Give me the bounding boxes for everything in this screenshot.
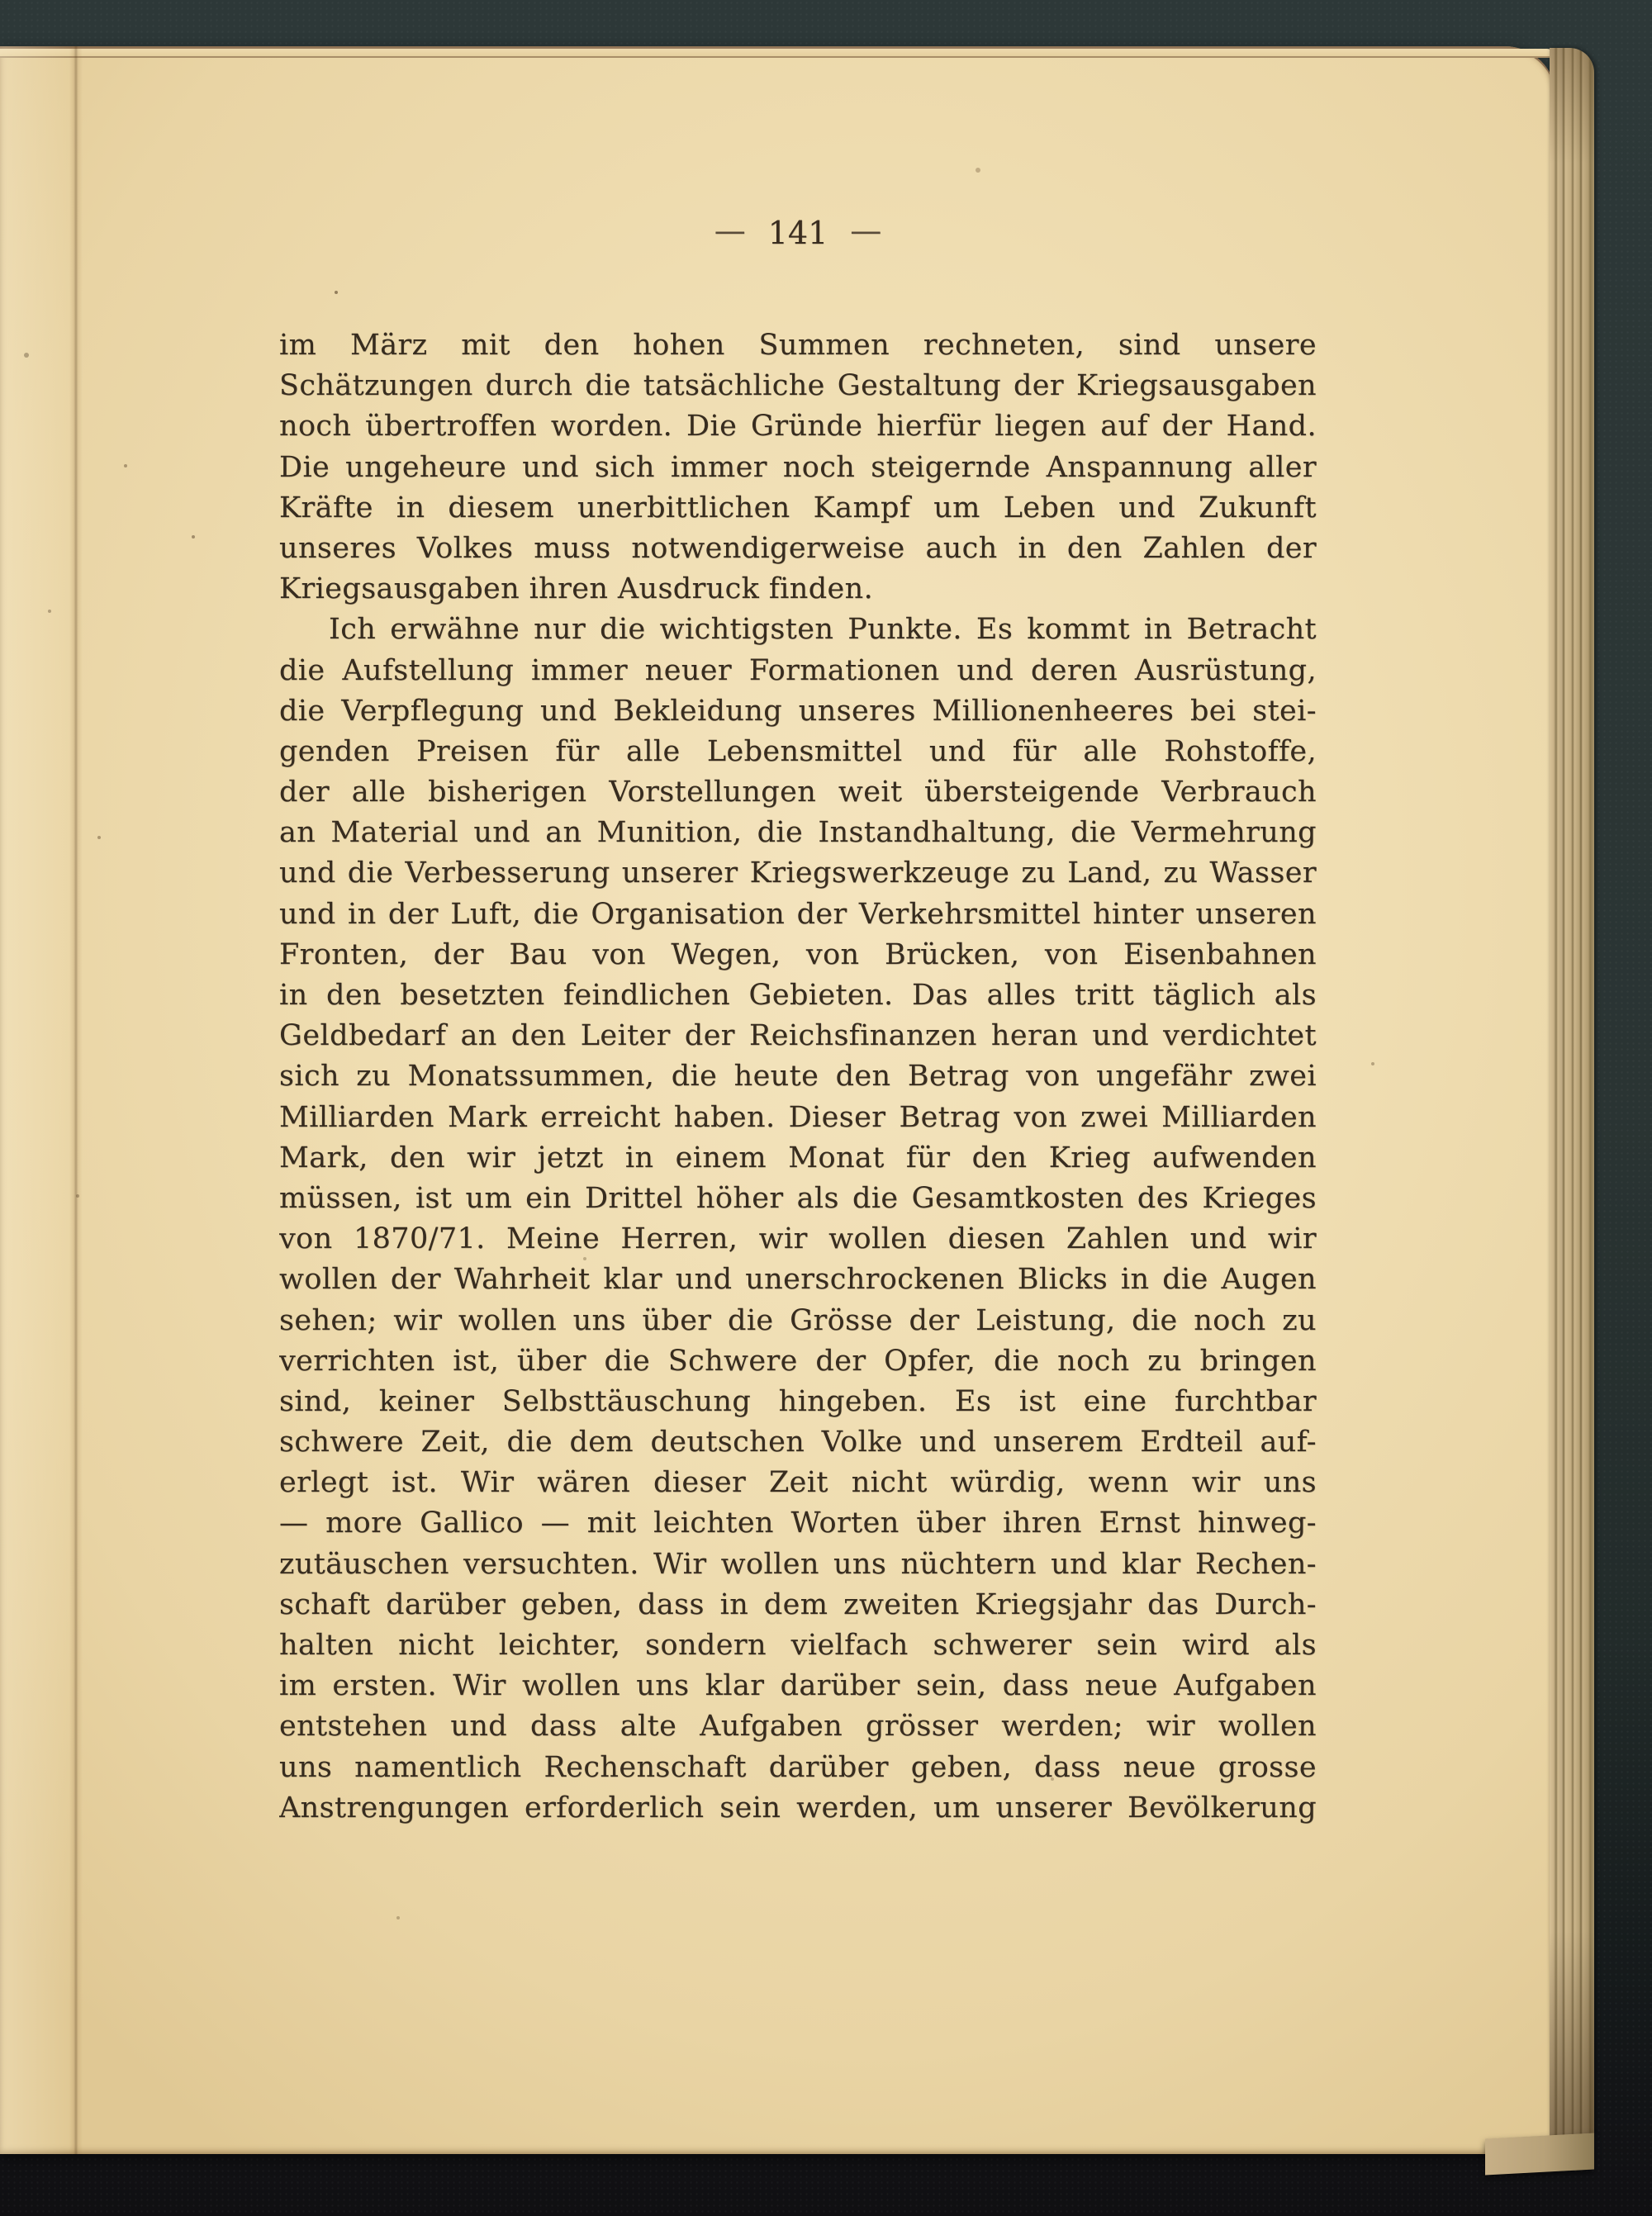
text-line: Ich erwähne nur die wichtigsten Punkte. …	[279, 610, 1317, 650]
page-number: 141	[768, 215, 828, 251]
text-line: Geldbedarf an den Leiter der Reichsfinan…	[279, 1016, 1317, 1056]
text-line: der alle bisherigen Vorstellungen weit ü…	[279, 772, 1317, 813]
text-line: genden Preisen für alle Lebensmittel und…	[279, 732, 1317, 772]
book-scan: —141— im März mit den hohen Summen rechn…	[0, 0, 1652, 2216]
text-line: und in der Luft, die Organisation der Ve…	[279, 894, 1317, 935]
paper-speckles	[0, 46, 3, 50]
text-line: im ersten. Wir wollen uns klar darüber s…	[279, 1666, 1317, 1706]
text-line: an Material und an Munition, die Instand…	[279, 813, 1317, 853]
header-dash-right: —	[850, 211, 881, 250]
text-line: schwere Zeit, die dem deutschen Volke un…	[279, 1422, 1317, 1463]
paragraph: Ich erwähne nur die wichtigsten Punkte. …	[279, 610, 1317, 1829]
text-line: Kräfte in diesem unerbittlichen Kampf um…	[279, 488, 1317, 529]
page-gutter-highlight	[0, 46, 71, 2154]
paragraph: im März mit den hohen Summen rechneten, …	[279, 325, 1317, 610]
text-line: Mark, den wir jetzt in einem Monat für d…	[279, 1138, 1317, 1179]
text-line: sehen; wir wollen uns über die Grösse de…	[279, 1301, 1317, 1341]
page-header: —141—	[279, 213, 1317, 253]
page-edge-stack-right	[1550, 48, 1594, 2136]
text-line: im März mit den hohen Summen rechneten, …	[279, 325, 1317, 366]
text-line: halten nicht leichter, sondern vielfach …	[279, 1625, 1317, 1666]
text-line: sich zu Monatssummen, die heute den Betr…	[279, 1056, 1317, 1097]
text-line: schaft darüber geben, dass in dem zweite…	[279, 1585, 1317, 1625]
text-line: noch übertroffen worden. Die Gründe hier…	[279, 406, 1317, 447]
text-line: müssen, ist um ein Drittel höher als die…	[279, 1179, 1317, 1219]
text-block: im März mit den hohen Summen rechneten, …	[279, 325, 1317, 1829]
text-line: Die ungeheure und sich immer noch steige…	[279, 448, 1317, 488]
book-page: —141— im März mit den hohen Summen rechn…	[0, 46, 1556, 2154]
text-line: wollen der Wahrheit klar und unerschrock…	[279, 1260, 1317, 1300]
text-line: verrichten ist, über die Schwere der Opf…	[279, 1341, 1317, 1382]
text-line: die Verpflegung und Bekleidung unseres M…	[279, 691, 1317, 732]
text-line: sind, keiner Selbsttäuschung hingeben. E…	[279, 1382, 1317, 1422]
page-edge-stack-bottom	[1485, 2133, 1594, 2176]
text-line: Fronten, der Bau von Wegen, von Brücken,…	[279, 935, 1317, 975]
text-line: unseres Volkes muss notwendigerweise auc…	[279, 529, 1317, 569]
text-line: von 1870/71. Meine Herren, wir wollen di…	[279, 1219, 1317, 1260]
page-crease	[69, 46, 83, 2154]
header-dash-left: —	[714, 211, 746, 250]
text-line: Schätzungen durch die tatsächliche Gesta…	[279, 366, 1317, 406]
text-line: Milliarden Mark erreicht haben. Dieser B…	[279, 1098, 1317, 1138]
text-line: erlegt ist. Wir wären dieser Zeit nicht …	[279, 1463, 1317, 1503]
text-line: — more Gallico — mit leichten Worten übe…	[279, 1503, 1317, 1544]
page-top-edge	[0, 49, 1556, 58]
text-line: uns namentlich Rechenschaft darüber gebe…	[279, 1748, 1317, 1788]
text-line: in den besetzten feindlichen Gebieten. D…	[279, 975, 1317, 1016]
text-line: entstehen und dass alte Aufgaben grösser…	[279, 1706, 1317, 1747]
text-line: und die Verbesserung unserer Kriegswerkz…	[279, 853, 1317, 894]
text-line: die Aufstellung immer neuer Formationen …	[279, 651, 1317, 691]
text-line: Anstrengungen erforderlich sein werden, …	[279, 1788, 1317, 1829]
text-line: Kriegsausgaben ihren Ausdruck finden.	[279, 569, 1317, 610]
text-line: zutäuschen versuchten. Wir wollen uns nü…	[279, 1545, 1317, 1585]
